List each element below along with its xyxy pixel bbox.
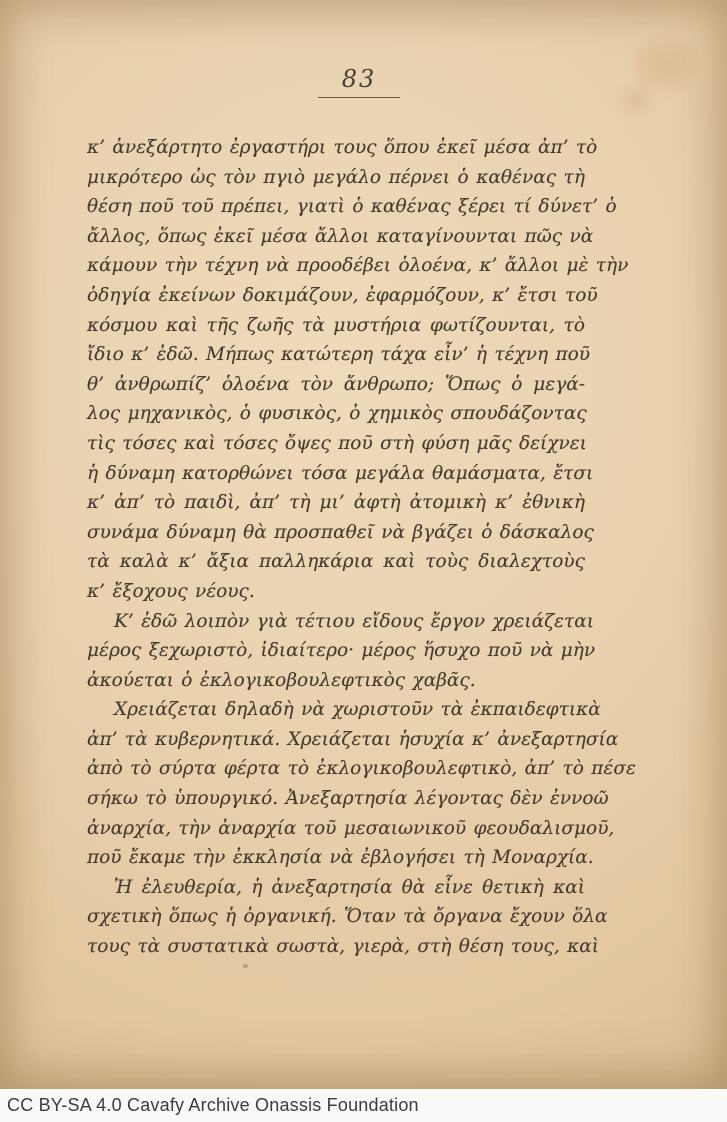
paragraph: Χρειάζεται δηλαδὴ νὰ χωριστοῦν τὰ ἐκπαιδ… xyxy=(87,695,585,873)
text-line: κ’ ἔξοχους νέους. xyxy=(87,577,585,607)
text-line: ἀναρχία, τὴν ἀναρχία τοῦ μεσαιωνικοῦ φεο… xyxy=(87,814,585,844)
text-block: κ’ ἀνεξάρτητο ἐργαστήρι τους ὅπου ἐκεῖ μ… xyxy=(87,133,585,962)
text-line: θ’ ἀνθρωπίζ’ ὁλοένα τὸν ἄνθρωπο; Ὅπως ὁ … xyxy=(87,370,585,400)
text-line: ποῦ ἔκαμε τὴν ἐκκλησία νὰ ἐβλογήσει τὴ Μ… xyxy=(87,843,585,873)
text-line: κάμουν τὴν τέχνη νὰ προοδέβει ὁλοένα, κ’… xyxy=(87,251,585,281)
paragraph: κ’ ἀνεξάρτητο ἐργαστήρι τους ὅπου ἐκεῖ μ… xyxy=(87,133,585,607)
text-line: σήκω τὸ ὑπουργικό. Ἀνεξαρτησία λέγοντας … xyxy=(87,784,585,814)
page-number: 83 xyxy=(318,68,400,90)
paragraph: Κ’ ἐδῶ λοιπὸν γιὰ τέτιου εἴδους ἔργον χρ… xyxy=(87,607,585,696)
license-bar: CC BY-SA 4.0 Cavafy Archive Onassis Foun… xyxy=(0,1089,727,1122)
text-line: λος μηχανικὸς, ὁ φυσικὸς, ὁ χημικὸς σπου… xyxy=(87,399,585,429)
license-text: CC BY-SA 4.0 Cavafy Archive Onassis Foun… xyxy=(0,1095,419,1116)
text-line: συνάμα δύναμη θὰ προσπαθεῖ νὰ βγάζει ὁ δ… xyxy=(87,518,585,548)
screenshot-stage: 83 κ’ ἀνεξάρτητο ἐργαστήρι τους ὅπου ἐκε… xyxy=(0,0,727,1122)
text-line: ἀπὸ τὸ σύρτα φέρτα τὸ ἐκλογικοβουλεφτικὸ… xyxy=(87,754,585,784)
text-line: ἴδιο κ’ ἐδῶ. Μήπως κατώτερη τάχα εἶν’ ἡ … xyxy=(87,340,585,370)
text-line: τὶς τόσες καὶ τόσες ὄψες ποῦ στὴ φύση μᾶ… xyxy=(87,429,585,459)
text-line: τους τὰ συστατικὰ σωστὰ, γιερὰ, στὴ θέση… xyxy=(87,932,585,962)
text-line: Ἡ ἐλευθερία, ἡ ἀνεξαρτησία θὰ εἶνε θετικ… xyxy=(87,873,585,903)
text-line: ὁδηγία ἐκείνων δοκιμάζουν, ἐφαρμόζουν, κ… xyxy=(87,281,585,311)
text-line: κ’ ἀνεξάρτητο ἐργαστήρι τους ὅπου ἐκεῖ μ… xyxy=(87,133,585,163)
text-line: μικρότερο ὡς τὸν πγιὸ μεγάλο πέρνει ὁ κα… xyxy=(87,163,585,193)
text-line: ἡ δύναμη κατορθώνει τόσα μεγάλα θαμάσματ… xyxy=(87,459,585,489)
text-line: σχετικὴ ὅπως ἡ ὀργανική. Ὅταν τὰ ὄργανα … xyxy=(87,902,585,932)
text-line: τὰ καλὰ κ’ ἄξια παλληκάρια καὶ τοὺς διαλ… xyxy=(87,547,585,577)
scanned-page: 83 κ’ ἀνεξάρτητο ἐργαστήρι τους ὅπου ἐκε… xyxy=(0,0,727,1089)
paper-stain xyxy=(610,78,662,122)
text-line: Χρειάζεται δηλαδὴ νὰ χωριστοῦν τὰ ἐκπαιδ… xyxy=(87,695,585,725)
text-line: Κ’ ἐδῶ λοιπὸν γιὰ τέτιου εἴδους ἔργον χρ… xyxy=(87,607,585,637)
text-line: κ’ ἀπ’ τὸ παιδὶ, ἀπ’ τὴ μι’ ἀφτὴ ἀτομικὴ… xyxy=(87,488,585,518)
text-line: ἄλλος, ὅπως ἐκεῖ μέσα ἄλλοι καταγίνουντα… xyxy=(87,222,585,252)
text-line: ἀπ’ τὰ κυβερνητικά. Χρειάζεται ἡσυχία κ’… xyxy=(87,725,585,755)
paper-speck xyxy=(243,964,248,968)
text-line: κόσμου καὶ τῆς ζωῆς τὰ μυστήρια φωτίζουν… xyxy=(87,311,585,341)
page-header: 83 xyxy=(318,68,400,98)
text-line: θέση ποῦ τοῦ πρέπει, γιατὶ ὁ καθένας ξέρ… xyxy=(87,192,585,222)
paragraph: Ἡ ἐλευθερία, ἡ ἀνεξαρτησία θὰ εἶνε θετικ… xyxy=(87,873,585,962)
text-line: μέρος ξεχωριστὸ, ἰδιαίτερο· μέρος ἥσυχο … xyxy=(87,636,585,666)
text-line: ἀκούεται ὁ ἐκλογικοβουλεφτικὸς χαβᾶς. xyxy=(87,666,585,696)
